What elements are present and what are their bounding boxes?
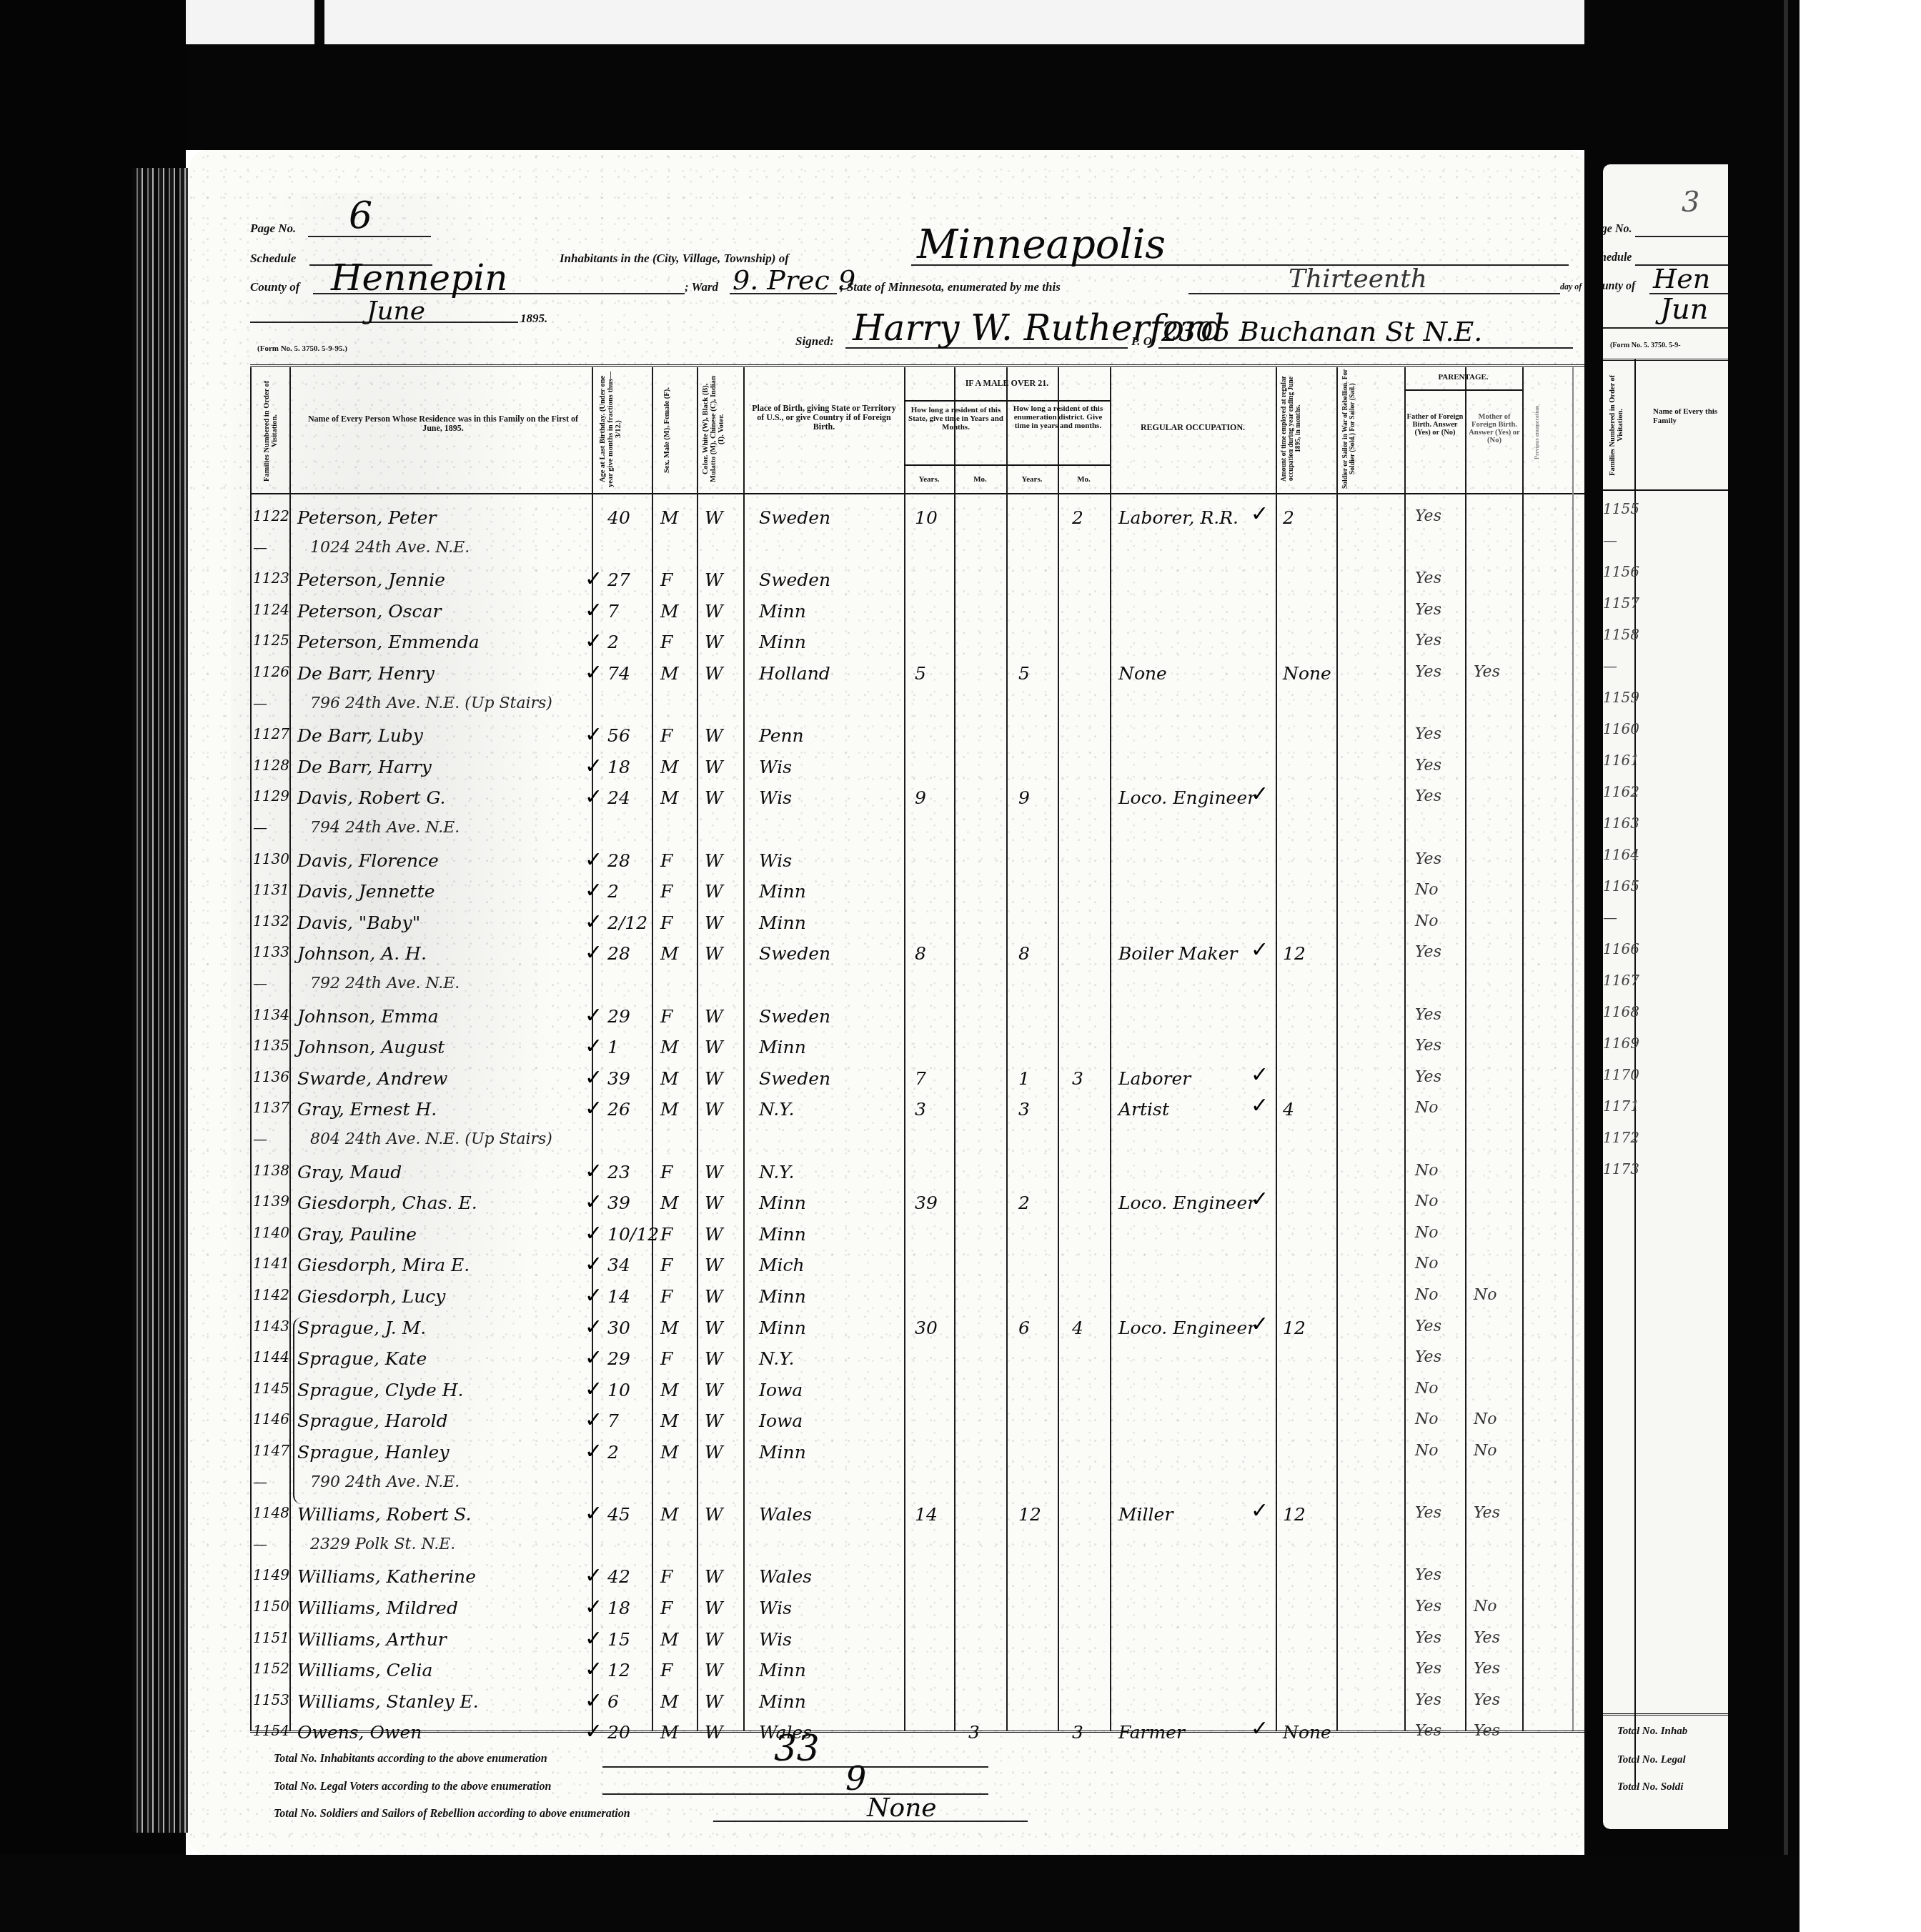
row-age: 29 bbox=[607, 1348, 630, 1369]
row-age: 2 bbox=[607, 632, 619, 652]
row-father: Yes bbox=[1415, 1318, 1441, 1335]
neighbor-family-number: 1172 bbox=[1603, 1129, 1639, 1146]
row-fam: — bbox=[253, 694, 267, 712]
row-age: 56 bbox=[607, 725, 630, 746]
row-age: 2 bbox=[607, 1442, 619, 1463]
row-age: 42 bbox=[607, 1566, 630, 1587]
row-di-y: 12 bbox=[1018, 1504, 1041, 1525]
scan-margin-right bbox=[1800, 0, 1921, 1932]
row-color: W bbox=[705, 912, 723, 933]
row-father: Yes bbox=[1415, 1006, 1441, 1024]
row-color: W bbox=[705, 1318, 723, 1338]
checkmark-icon: ✓ bbox=[1251, 937, 1269, 962]
row-fam: 1141 bbox=[253, 1255, 289, 1272]
scan-frame-divider bbox=[314, 0, 324, 44]
row-fam: 1151 bbox=[253, 1629, 289, 1646]
row-fam: — bbox=[253, 819, 267, 836]
neighbor-family-number: 1157 bbox=[1603, 594, 1639, 612]
row-fam: 1130 bbox=[253, 850, 289, 867]
row-age: 12 bbox=[607, 1660, 630, 1680]
row-occ: Farmer bbox=[1118, 1722, 1185, 1743]
row-name: Davis, Robert G. bbox=[297, 787, 445, 808]
total-inhabitants-label: Total No. Inhabitants according to the a… bbox=[274, 1753, 547, 1766]
row-birth: Minn bbox=[759, 1318, 806, 1338]
row-st-y: 7 bbox=[915, 1068, 926, 1089]
col-header-occupation: REGULAR OCCUPATION. bbox=[1110, 423, 1276, 432]
row-emp: None bbox=[1283, 663, 1331, 684]
row-mother: Yes bbox=[1474, 1722, 1500, 1740]
row-birth: Sweden bbox=[759, 943, 830, 964]
neighbor-family-number: — bbox=[1603, 532, 1617, 549]
row-birth: Wales bbox=[759, 1566, 812, 1587]
row-age: 14 bbox=[607, 1286, 630, 1307]
row-father: Yes bbox=[1415, 632, 1441, 649]
row-fam: 1142 bbox=[253, 1286, 289, 1303]
county-value: Hennepin bbox=[331, 257, 507, 299]
row-sex: F bbox=[660, 1162, 672, 1182]
row-sex: F bbox=[660, 1224, 672, 1245]
row-age: 45 bbox=[607, 1504, 630, 1525]
col-header-state-residence: How long a resident of this State, give … bbox=[905, 406, 1006, 432]
row-birth: N.Y. bbox=[759, 1162, 794, 1182]
row-birth: N.Y. bbox=[759, 1099, 794, 1120]
row-age: 29 bbox=[607, 1006, 630, 1027]
row-fam: 1128 bbox=[253, 757, 289, 774]
col-header-previous: Previous enumeration bbox=[1533, 393, 1562, 472]
row-fam: 1132 bbox=[253, 912, 289, 930]
row-name: De Barr, Henry bbox=[297, 663, 435, 684]
row-sex: M bbox=[660, 1504, 679, 1525]
row-emp: 12 bbox=[1283, 1504, 1306, 1525]
col-header-district-residence: How long a resident of this enumeration … bbox=[1008, 404, 1108, 430]
row-fam: 1138 bbox=[253, 1162, 289, 1179]
row-name: Sprague, Harold bbox=[297, 1410, 448, 1431]
state-label: ; State of Minnesota, enumerated by me t… bbox=[840, 280, 1061, 294]
row-color: W bbox=[705, 1566, 723, 1587]
row-fam: 1147 bbox=[253, 1442, 289, 1459]
row-birth: Minn bbox=[759, 1286, 806, 1307]
row-sex: M bbox=[660, 507, 679, 528]
neighbor-family-number: — bbox=[1603, 657, 1617, 674]
neighbor-family-number: 1160 bbox=[1603, 720, 1639, 737]
row-color: W bbox=[705, 1380, 723, 1400]
row-occ: Loco. Engineer bbox=[1118, 787, 1256, 808]
row-mother: Yes bbox=[1474, 1660, 1500, 1678]
checkmark-icon: ✓ bbox=[585, 1377, 602, 1402]
row-name: Davis, Florence bbox=[297, 850, 439, 871]
row-sex: M bbox=[660, 943, 679, 964]
neighbor-family-number: 1165 bbox=[1603, 877, 1639, 895]
row-father: Yes bbox=[1415, 569, 1441, 587]
row-father: No bbox=[1415, 1255, 1439, 1273]
row-color: W bbox=[705, 850, 723, 871]
row-occ: Loco. Engineer bbox=[1118, 1318, 1256, 1338]
col-header-soldier: Soldier or Sailor in War of Rebellion. F… bbox=[1342, 369, 1399, 489]
row-sex: M bbox=[660, 1442, 679, 1463]
neighbor-page-no-label: Page No. bbox=[1603, 223, 1632, 236]
row-sex: M bbox=[660, 1629, 679, 1650]
row-mother: Yes bbox=[1474, 1504, 1500, 1522]
row-birth: Sweden bbox=[759, 507, 830, 528]
row-mother: Yes bbox=[1474, 1691, 1500, 1709]
row-father: Yes bbox=[1415, 1037, 1441, 1055]
census-table: Families Numbered in Order of Visitation… bbox=[250, 364, 1584, 1736]
row-fam: 1144 bbox=[253, 1348, 289, 1365]
row-color: W bbox=[705, 943, 723, 964]
col-header-age: Age at Last Birthday. (Under one year gi… bbox=[599, 370, 646, 488]
col-header-state-months: Mo. bbox=[954, 475, 1006, 484]
row-fam: — bbox=[253, 1473, 267, 1490]
row-fam: 1131 bbox=[253, 881, 289, 898]
checkmark-icon: ✓ bbox=[1251, 502, 1269, 527]
row-father: Yes bbox=[1415, 601, 1441, 619]
row-sex: F bbox=[660, 1286, 672, 1307]
row-age: 39 bbox=[607, 1068, 630, 1089]
row-fam: 1146 bbox=[253, 1410, 289, 1428]
checkmark-icon: ✓ bbox=[585, 847, 602, 872]
row-name: Gray, Pauline bbox=[297, 1224, 417, 1245]
row-fam: 1154 bbox=[253, 1722, 289, 1739]
row-name: Sprague, Kate bbox=[297, 1348, 427, 1369]
row-age: 27 bbox=[607, 569, 630, 590]
scan-frame-bottom bbox=[0, 1855, 1800, 1932]
census-page: Page No. 6 Schedule County of Hennepin J… bbox=[188, 150, 1584, 1855]
total-voters-label: Total No. Legal Voters according to the … bbox=[274, 1781, 551, 1793]
row-father: Yes bbox=[1415, 1068, 1441, 1086]
row-birth: Penn bbox=[759, 725, 804, 746]
col-header-family: Families Numbered in Order of Visitation… bbox=[263, 373, 284, 489]
row-age: 30 bbox=[607, 1318, 630, 1338]
row-birth: Sweden bbox=[759, 569, 830, 590]
row-st-y: 10 bbox=[915, 507, 938, 528]
row-name: 790 24th Ave. N.E. bbox=[310, 1473, 460, 1491]
total-soldiers-value: None bbox=[867, 1793, 937, 1823]
row-fam: 1152 bbox=[253, 1660, 289, 1677]
checkmark-icon: ✓ bbox=[585, 629, 602, 654]
checkmark-icon: ✓ bbox=[585, 1283, 602, 1308]
neighbor-census-page: 3 Page No. Schedule County of Hen Jun (F… bbox=[1603, 164, 1728, 1829]
row-sex: M bbox=[660, 757, 679, 777]
row-father: Yes bbox=[1415, 507, 1441, 525]
row-name: Peterson, Emmenda bbox=[297, 632, 480, 652]
neighbor-schedule-label: Schedule bbox=[1603, 252, 1632, 264]
row-age: 7 bbox=[607, 601, 619, 622]
row-fam: 1149 bbox=[253, 1566, 289, 1583]
page-no-value: 6 bbox=[349, 194, 372, 237]
neighbor-family-number: 1171 bbox=[1603, 1097, 1639, 1115]
checkmark-icon: ✓ bbox=[1251, 1498, 1269, 1523]
col-header-male-over-21: IF A MALE OVER 21. bbox=[904, 379, 1110, 388]
row-sex: M bbox=[660, 601, 679, 622]
row-st-m: 3 bbox=[968, 1722, 980, 1743]
row-father: No bbox=[1415, 912, 1439, 930]
row-color: W bbox=[705, 663, 723, 684]
checkmark-icon: ✓ bbox=[585, 1159, 602, 1184]
row-name: Williams, Celia bbox=[297, 1660, 432, 1680]
checkmark-icon: ✓ bbox=[585, 1190, 602, 1215]
row-mother: No bbox=[1474, 1410, 1497, 1428]
row-age: 10 bbox=[607, 1380, 630, 1400]
row-birth: Holland bbox=[759, 663, 830, 684]
row-birth: Iowa bbox=[759, 1380, 803, 1400]
row-sex: F bbox=[660, 569, 672, 590]
neighbor-county-value: Hen bbox=[1653, 263, 1710, 294]
checkmark-icon: ✓ bbox=[585, 940, 602, 965]
row-sex: M bbox=[660, 787, 679, 808]
row-name: 804 24th Ave. N.E. (Up Stairs) bbox=[310, 1130, 552, 1148]
row-color: W bbox=[705, 1224, 723, 1245]
row-birth: Wis bbox=[759, 850, 792, 871]
row-fam: 1129 bbox=[253, 787, 289, 805]
row-birth: N.Y. bbox=[759, 1348, 794, 1369]
row-fam: — bbox=[253, 539, 267, 556]
checkmark-icon: ✓ bbox=[585, 1315, 602, 1340]
row-father: No bbox=[1415, 1224, 1439, 1242]
checkmark-icon: ✓ bbox=[585, 567, 602, 592]
row-name: De Barr, Harry bbox=[297, 757, 432, 777]
row-fam: 1126 bbox=[253, 663, 289, 680]
neighbor-month-value: Jun bbox=[1660, 293, 1709, 326]
row-fam: 1136 bbox=[253, 1068, 289, 1085]
row-name: Sprague, Clyde H. bbox=[297, 1380, 464, 1400]
row-name: Gray, Ernest H. bbox=[297, 1099, 437, 1120]
row-father: Yes bbox=[1415, 1598, 1441, 1615]
row-name: Giesdorph, Chas. E. bbox=[297, 1192, 477, 1213]
row-st-y: 8 bbox=[915, 943, 926, 964]
row-fam: 1143 bbox=[253, 1318, 289, 1335]
row-fam: 1127 bbox=[253, 725, 289, 742]
row-color: W bbox=[705, 1504, 723, 1525]
row-name: Sprague, J. M. bbox=[297, 1318, 426, 1338]
row-name: Owens, Owen bbox=[297, 1722, 422, 1743]
row-name: Davis, Jennette bbox=[297, 881, 435, 902]
checkmark-icon: ✓ bbox=[585, 1221, 602, 1246]
row-color: W bbox=[705, 1068, 723, 1089]
ward-label: ; Ward bbox=[685, 280, 718, 294]
row-sex: M bbox=[660, 1068, 679, 1089]
row-sex: F bbox=[660, 725, 672, 746]
row-di-y: 9 bbox=[1018, 787, 1030, 808]
row-occ: None bbox=[1118, 663, 1167, 684]
neighbor-family-number: 1163 bbox=[1603, 815, 1639, 832]
row-sex: F bbox=[660, 632, 672, 652]
row-father: Yes bbox=[1415, 1566, 1441, 1584]
row-name: Peterson, Jennie bbox=[297, 569, 445, 590]
row-fam: — bbox=[253, 975, 267, 992]
row-color: W bbox=[705, 1348, 723, 1369]
checkmark-icon: ✓ bbox=[585, 660, 602, 685]
row-di-y: 3 bbox=[1018, 1099, 1030, 1120]
row-father: Yes bbox=[1415, 1660, 1441, 1678]
neighbor-col-header-name: Name of Every this Family bbox=[1653, 407, 1724, 426]
row-st-y: 39 bbox=[915, 1192, 938, 1213]
row-color: W bbox=[705, 1286, 723, 1307]
row-name: 796 24th Ave. N.E. (Up Stairs) bbox=[310, 694, 552, 712]
schedule-label: Schedule bbox=[250, 252, 296, 266]
row-fam: 1123 bbox=[253, 569, 289, 587]
row-st-y: 30 bbox=[915, 1318, 938, 1338]
row-age: 20 bbox=[607, 1722, 630, 1743]
row-birth: Minn bbox=[759, 1224, 806, 1245]
row-name: Davis, "Baby" bbox=[297, 912, 420, 933]
checkmark-icon: ✓ bbox=[585, 1688, 602, 1713]
row-fam: 1150 bbox=[253, 1598, 289, 1615]
row-birth: Minn bbox=[759, 1192, 806, 1213]
row-sex: M bbox=[660, 663, 679, 684]
checkmark-icon: ✓ bbox=[585, 1439, 602, 1464]
row-birth: Wis bbox=[759, 787, 792, 808]
col-header-color: Color. White (W), Black (B), Mulatto (M)… bbox=[702, 370, 740, 488]
row-birth: Minn bbox=[759, 1691, 806, 1712]
row-fam: 1122 bbox=[253, 507, 289, 524]
day-value: Thirteenth bbox=[1289, 264, 1427, 294]
row-father: Yes bbox=[1415, 663, 1441, 681]
row-st-y: 5 bbox=[915, 663, 926, 684]
row-fam: 1133 bbox=[253, 943, 289, 960]
neighbor-family-number: 1168 bbox=[1603, 1003, 1639, 1020]
checkmark-icon: ✓ bbox=[585, 1501, 602, 1526]
neighbor-family-number: 1173 bbox=[1603, 1160, 1639, 1177]
po-value: 2305 Buchanan St N.E. bbox=[1161, 316, 1482, 347]
row-father: No bbox=[1415, 1286, 1439, 1304]
checkmark-icon: ✓ bbox=[1251, 1312, 1269, 1337]
neighbor-county-label: County of bbox=[1603, 280, 1635, 293]
row-age: 18 bbox=[607, 1598, 630, 1618]
row-di-m: 4 bbox=[1072, 1318, 1083, 1338]
row-father: No bbox=[1415, 1099, 1439, 1117]
checkmark-icon: ✓ bbox=[585, 1096, 602, 1121]
checkmark-icon: ✓ bbox=[585, 1003, 602, 1028]
col-header-state-years: Years. bbox=[904, 475, 954, 484]
row-color: W bbox=[705, 1410, 723, 1431]
row-name: Johnson, Emma bbox=[297, 1006, 439, 1027]
row-di-y: 1 bbox=[1018, 1068, 1030, 1089]
ward-value: 9. Prec 9 bbox=[733, 264, 855, 296]
row-name: Peterson, Peter bbox=[297, 507, 436, 528]
row-age: 10/12 bbox=[607, 1224, 659, 1245]
row-mother: No bbox=[1474, 1442, 1497, 1460]
month-value: June bbox=[367, 297, 425, 326]
checkmark-icon: ✓ bbox=[585, 722, 602, 747]
row-color: W bbox=[705, 569, 723, 590]
row-age: 2/12 bbox=[607, 912, 647, 933]
row-name: Johnson, August bbox=[297, 1037, 445, 1057]
row-fam: 1135 bbox=[253, 1037, 289, 1054]
row-name: Williams, Stanley E. bbox=[297, 1691, 479, 1712]
row-emp: 2 bbox=[1283, 507, 1294, 528]
row-birth: Minn bbox=[759, 881, 806, 902]
row-name: Giesdorph, Mira E. bbox=[297, 1255, 470, 1275]
row-sex: M bbox=[660, 1410, 679, 1431]
row-father: No bbox=[1415, 1410, 1439, 1428]
row-name: 792 24th Ave. N.E. bbox=[310, 975, 460, 992]
row-father: Yes bbox=[1415, 1691, 1441, 1709]
checkmark-icon: ✓ bbox=[585, 1034, 602, 1059]
row-father: Yes bbox=[1415, 943, 1441, 961]
row-mother: Yes bbox=[1474, 1629, 1500, 1647]
row-occ: Laborer bbox=[1118, 1068, 1191, 1089]
row-birth: Minn bbox=[759, 1660, 806, 1680]
row-sex: F bbox=[660, 1255, 672, 1275]
row-name: Giesdorph, Lucy bbox=[297, 1286, 445, 1307]
row-sex: M bbox=[660, 1037, 679, 1057]
row-father: Yes bbox=[1415, 1504, 1441, 1522]
row-sex: M bbox=[660, 1192, 679, 1213]
row-color: W bbox=[705, 601, 723, 622]
inhabitants-label: Inhabitants in the (City, Village, Towns… bbox=[560, 252, 789, 266]
checkmark-icon: ✓ bbox=[585, 1408, 602, 1433]
row-color: W bbox=[705, 1099, 723, 1120]
neighbor-family-number: 1161 bbox=[1603, 752, 1639, 769]
checkmark-icon: ✓ bbox=[585, 1719, 602, 1744]
col-header-name: Name of Every Person Whose Residence was… bbox=[307, 414, 579, 433]
row-mother: No bbox=[1474, 1286, 1497, 1304]
county-label: County of bbox=[250, 280, 299, 294]
row-fam: 1124 bbox=[253, 601, 289, 618]
row-father: Yes bbox=[1415, 1629, 1441, 1647]
row-name: De Barr, Luby bbox=[297, 725, 423, 746]
row-age: 39 bbox=[607, 1192, 630, 1213]
row-di-m: 3 bbox=[1072, 1068, 1083, 1089]
row-color: W bbox=[705, 632, 723, 652]
row-father: No bbox=[1415, 1192, 1439, 1210]
row-name: Sprague, Hanley bbox=[297, 1442, 450, 1463]
row-emp: 4 bbox=[1283, 1099, 1294, 1120]
row-fam: 1134 bbox=[253, 1006, 289, 1023]
neighbor-family-number: 1162 bbox=[1603, 783, 1639, 800]
row-birth: Sweden bbox=[759, 1006, 830, 1027]
row-birth: Wales bbox=[759, 1504, 812, 1525]
checkmark-icon: ✓ bbox=[585, 1626, 602, 1651]
row-mother: Yes bbox=[1474, 663, 1500, 681]
checkmark-icon: ✓ bbox=[1251, 1093, 1269, 1118]
row-birth: Minn bbox=[759, 1037, 806, 1057]
row-color: W bbox=[705, 725, 723, 746]
row-birth: Wis bbox=[759, 1598, 792, 1618]
book-page-edges bbox=[132, 168, 188, 1833]
checkmark-icon: ✓ bbox=[1251, 1187, 1269, 1212]
col-header-district-years: Years. bbox=[1006, 475, 1058, 484]
neighbor-form-number: (Form No. 5. 3750. 5-9- bbox=[1610, 342, 1681, 349]
row-color: W bbox=[705, 1660, 723, 1680]
row-father: Yes bbox=[1415, 1348, 1441, 1366]
checkmark-icon: ✓ bbox=[585, 1345, 602, 1370]
row-fam: 1125 bbox=[253, 632, 289, 649]
neighbor-family-number: 1166 bbox=[1603, 940, 1639, 957]
total-inhabitants-value: 33 bbox=[774, 1728, 820, 1769]
neighbor-family-number: 1159 bbox=[1603, 689, 1639, 706]
row-age: 26 bbox=[607, 1099, 630, 1120]
row-age: 23 bbox=[607, 1162, 630, 1182]
row-father: No bbox=[1415, 1380, 1439, 1398]
row-st-y: 14 bbox=[915, 1504, 938, 1525]
row-sex: F bbox=[660, 1660, 672, 1680]
row-sex: F bbox=[660, 850, 672, 871]
row-color: W bbox=[705, 1598, 723, 1618]
col-header-sex: Sex. Male (M), Female (F). bbox=[663, 373, 688, 487]
col-header-parentage: PARENTAGE. bbox=[1404, 373, 1522, 382]
row-name: 2329 Polk St. N.E. bbox=[310, 1535, 455, 1553]
checkmark-icon: ✓ bbox=[1251, 1062, 1269, 1087]
row-age: 28 bbox=[607, 943, 630, 964]
row-birth: Minn bbox=[759, 601, 806, 622]
row-di-m: 2 bbox=[1072, 507, 1083, 528]
row-occ: Miller bbox=[1118, 1504, 1173, 1525]
row-emp: 12 bbox=[1283, 1318, 1306, 1338]
row-name: Williams, Robert S. bbox=[297, 1504, 471, 1525]
row-sex: M bbox=[660, 1099, 679, 1120]
row-age: 28 bbox=[607, 850, 630, 871]
